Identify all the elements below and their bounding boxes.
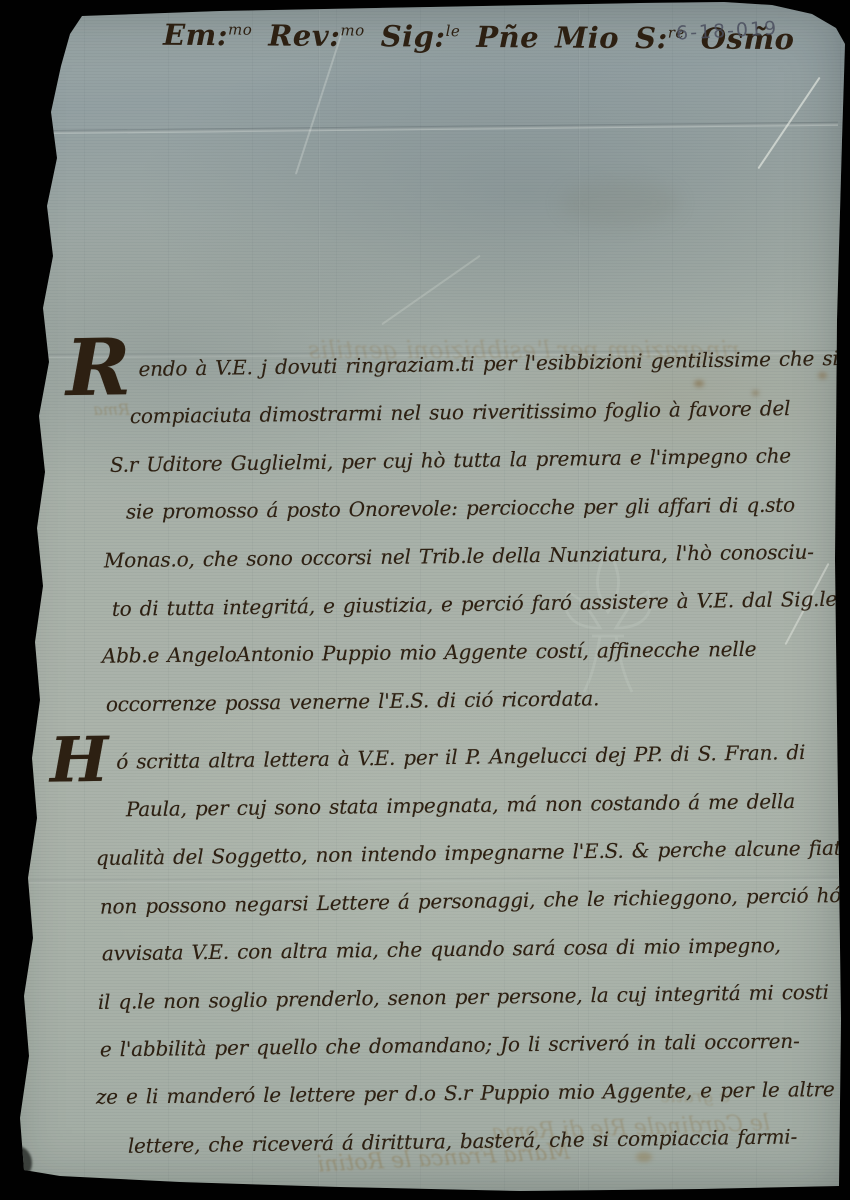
manuscript-line: lettere, che riceverá á dirittura, baste…	[128, 1124, 813, 1182]
flourished-initial: H	[49, 723, 108, 797]
flourished-initial: R	[65, 322, 131, 414]
letter-paragraph: Rendo à V.E. j dovuti ringraziam.ti per …	[96, 352, 810, 736]
paper-crease-scratch	[381, 255, 480, 325]
manuscript-line: S.r Uditore Guglielmi, per cuj hò tutta …	[110, 443, 811, 501]
manuscript-line-text: occorrenze possa venerne l'E.S. di ció r…	[106, 686, 600, 716]
manuscript-line: to di tutta integritá, e giustizia, e pe…	[112, 587, 811, 645]
manuscript-line: Abb.e AngeloAntonio Puppio mio Aggente c…	[102, 636, 810, 691]
fold-crease	[26, 122, 838, 135]
manuscript-line: sie promosso á posto Onorevole: perciocc…	[126, 492, 810, 547]
salutation-word: Pñe	[476, 20, 539, 54]
shadow-smudge	[560, 180, 680, 226]
salutation-word: Rev:mo	[268, 18, 365, 53]
manuscript-line: occorrenze possa venerne l'E.S. di ció r…	[106, 684, 811, 741]
manuscript-line: ze e li manderó le lettere per d.o S.r P…	[96, 1077, 812, 1132]
manuscript-photo: ringraziam per l'esibbizioni gentilis le…	[0, 0, 850, 1200]
manuscript-line: e l'abbilità per quello che domandano; J…	[100, 1029, 813, 1086]
salutation-word: Mio	[555, 20, 619, 54]
salutation-word: Sig:le	[381, 19, 461, 54]
rust-stain	[818, 372, 827, 379]
letter-paragraph: Hó scritta altra lettera à V.E. per il P…	[88, 745, 812, 1177]
salutation-word: Em:mo	[163, 18, 253, 53]
letter-sheet: ringraziam per l'esibbizioni gentilis le…	[0, 0, 850, 1200]
dark-blotch	[2, 1146, 32, 1180]
manuscript-line-text: ó scritta altra lettera à V.E. per il P.…	[116, 740, 805, 774]
